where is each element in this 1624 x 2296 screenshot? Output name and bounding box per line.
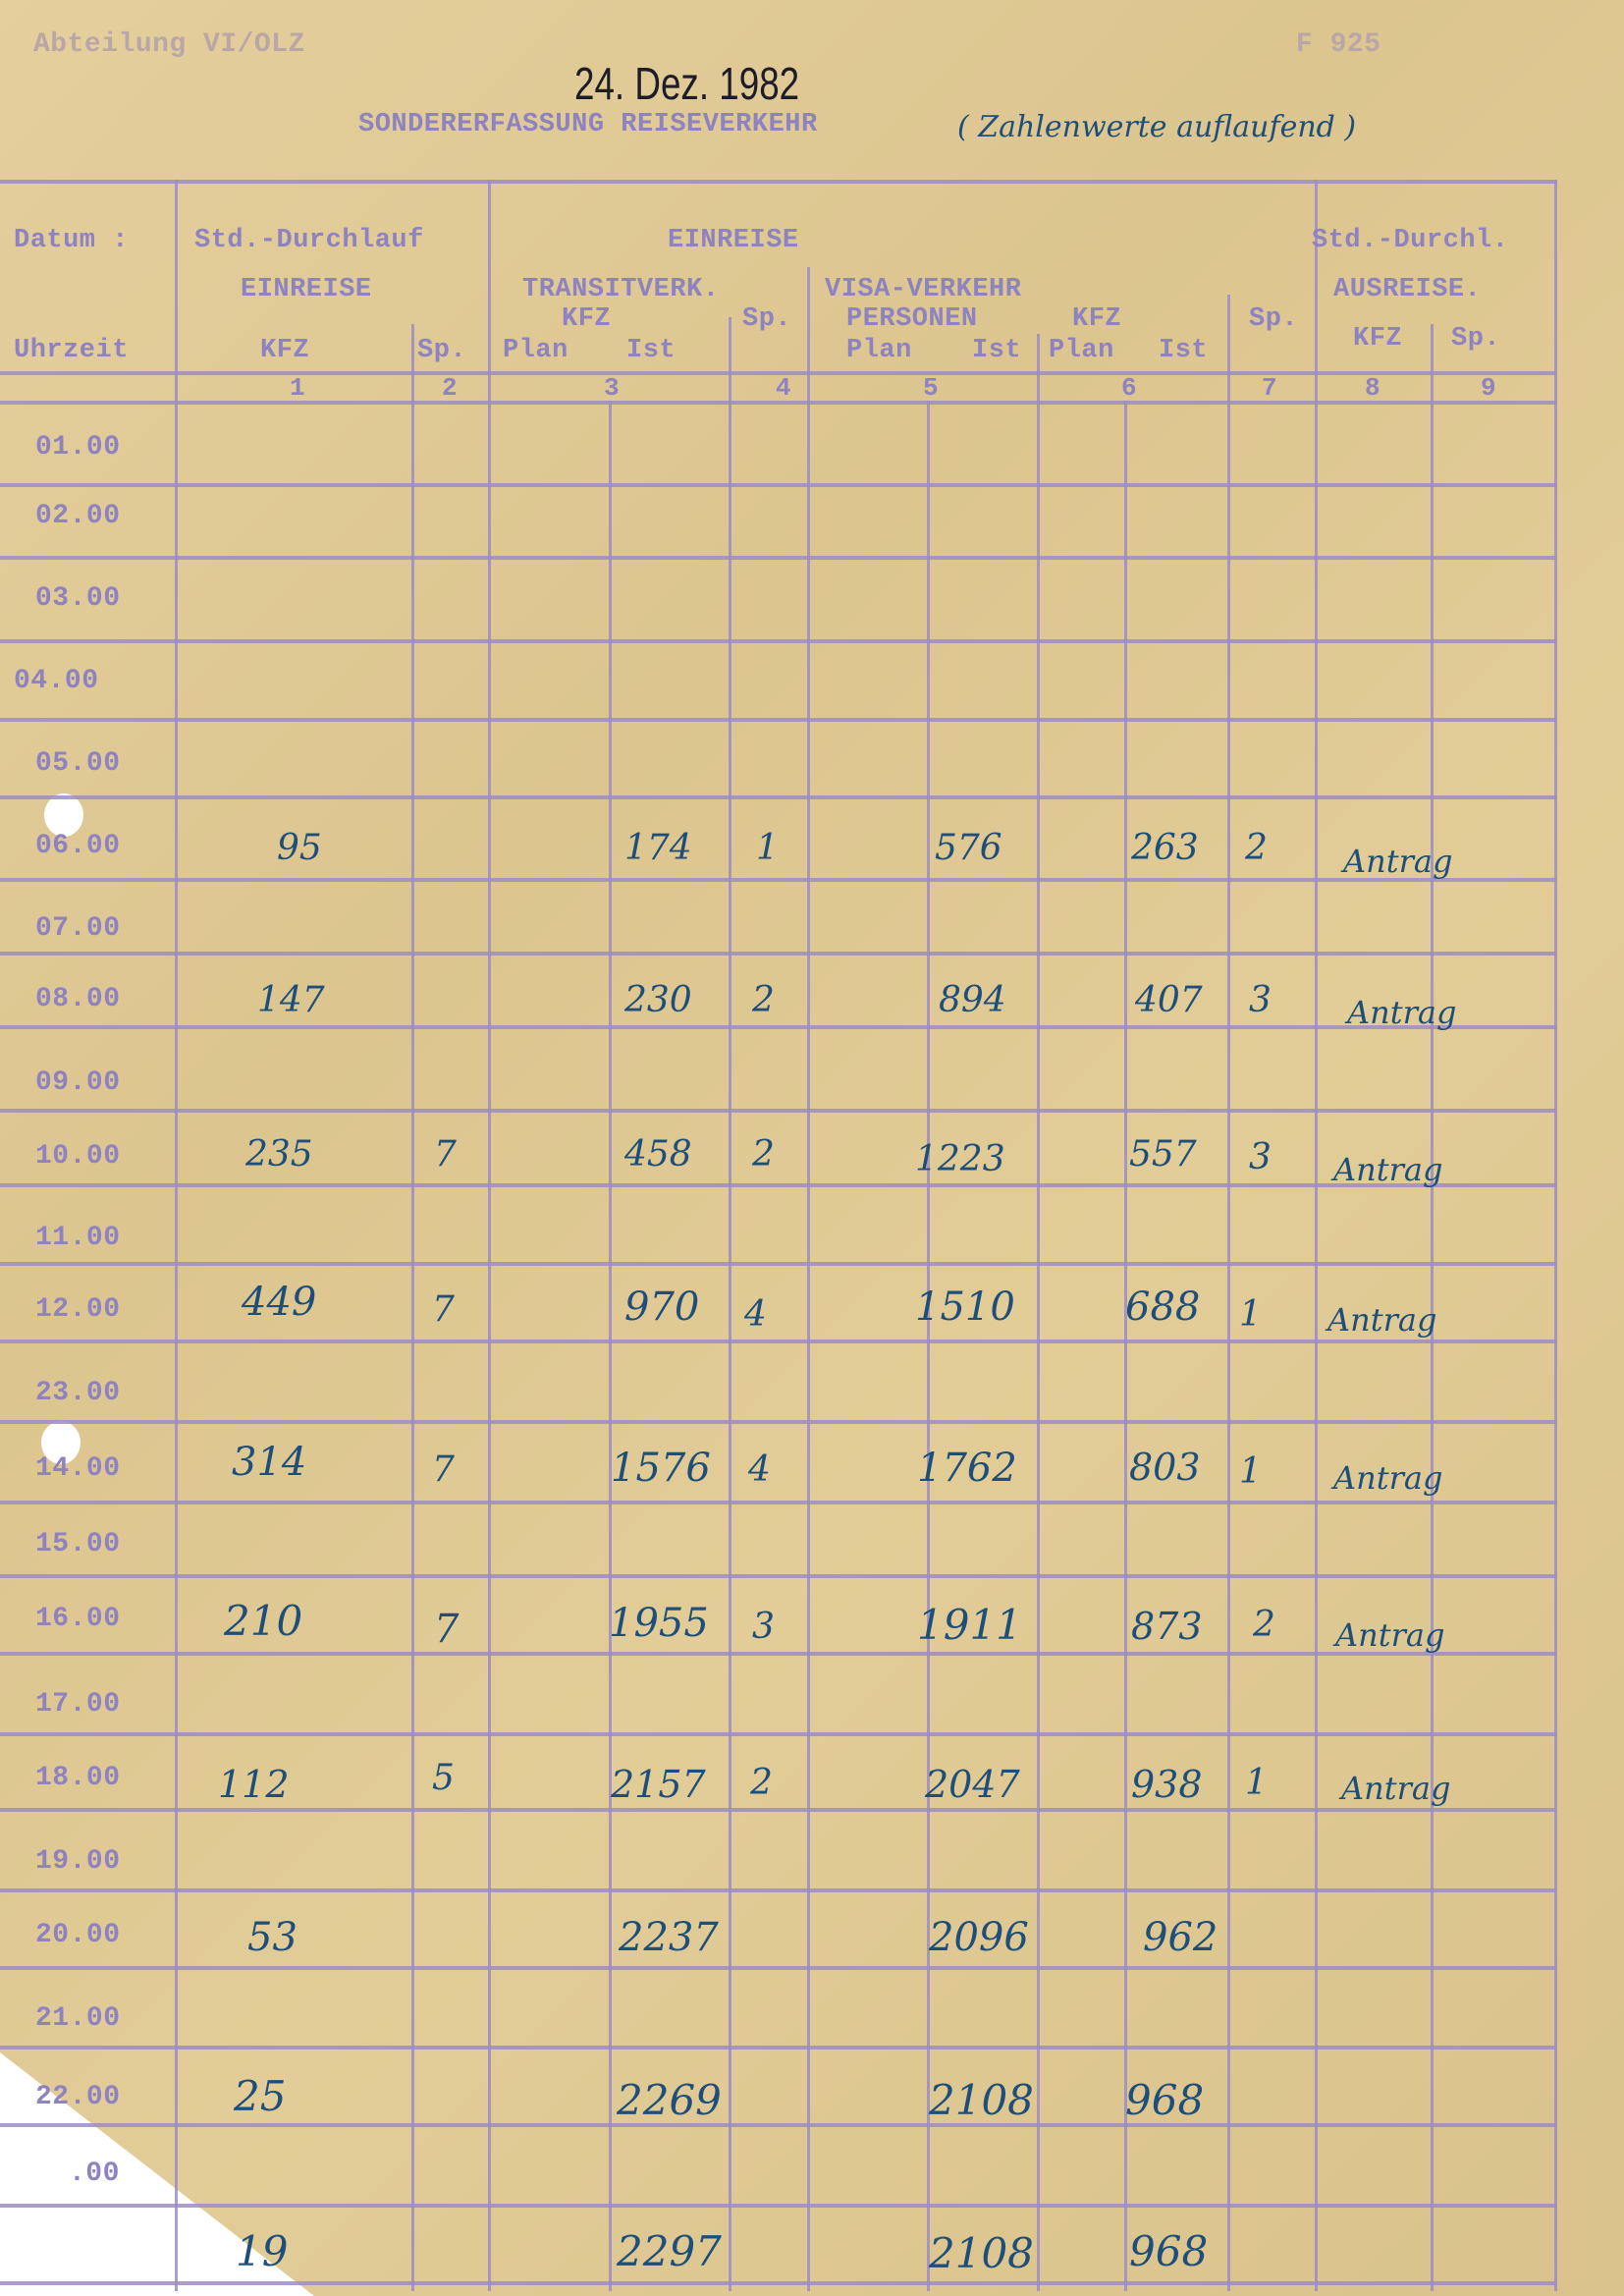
header-transitverk: TRANSITVERK. xyxy=(522,275,719,304)
cell-visa-personen-ist: 2108 xyxy=(929,2229,1034,2277)
cell-transit-sp: 4 xyxy=(748,1449,771,1490)
cell-ausreise-note: Antrag xyxy=(1335,1616,1444,1654)
cell-visa-kfz-ist: 263 xyxy=(1131,828,1199,868)
cell-einreise-sp: 5 xyxy=(432,1758,455,1798)
time-label: 21.00 xyxy=(35,2003,121,2034)
header-kfz-visa: KFZ xyxy=(1072,304,1121,334)
cell-visa-sp: 2 xyxy=(1253,1605,1275,1645)
cell-transit-ist: 1576 xyxy=(611,1446,711,1491)
cell-einreise-kfz: 53 xyxy=(247,1915,298,1960)
cell-einreise-kfz: 19 xyxy=(236,2227,288,2275)
time-label: 15.00 xyxy=(35,1529,121,1559)
cell-transit-ist: 2269 xyxy=(617,2076,722,2124)
col-number-6: 6 xyxy=(1121,373,1137,403)
header-uhrzeit: Uhrzeit xyxy=(14,336,129,365)
cell-transit-ist: 458 xyxy=(624,1134,692,1175)
cell-visa-kfz-ist: 938 xyxy=(1131,1763,1203,1806)
time-label: 22.00 xyxy=(35,2082,121,2112)
cell-transit-sp: 2 xyxy=(752,1134,775,1175)
cell-visa-personen-ist: 1762 xyxy=(917,1446,1017,1491)
cell-visa-kfz-ist: 968 xyxy=(1125,2076,1204,2124)
cell-transit-ist: 970 xyxy=(624,1285,699,1330)
cell-visa-sp: 1 xyxy=(1245,1763,1268,1803)
col-number-3: 3 xyxy=(604,373,620,403)
header-sp-col7: Sp. xyxy=(1249,304,1298,334)
cell-visa-sp: 1 xyxy=(1239,1451,1262,1492)
cell-visa-personen-ist: 1510 xyxy=(915,1285,1015,1330)
cell-transit-ist: 1955 xyxy=(609,1601,709,1646)
header-std-durchlauf: Std.-Durchlauf xyxy=(194,226,424,255)
header-personen: PERSONEN xyxy=(846,304,978,334)
header-std-durchl: Std.-Durchl. xyxy=(1312,226,1508,255)
cell-einreise-kfz: 235 xyxy=(245,1134,313,1175)
cell-visa-sp: 3 xyxy=(1249,980,1272,1020)
cell-transit-ist: 2237 xyxy=(619,1915,719,1960)
cell-transit-sp: 1 xyxy=(756,828,779,868)
cell-visa-personen-ist: 2047 xyxy=(925,1763,1020,1806)
header-visa-verkehr: VISA-VERKEHR xyxy=(825,275,1021,304)
time-label: 02.00 xyxy=(35,501,121,531)
time-label: 11.00 xyxy=(35,1223,121,1253)
time-label: 08.00 xyxy=(35,984,121,1014)
cell-visa-sp: 1 xyxy=(1239,1294,1262,1335)
cell-visa-kfz-ist: 407 xyxy=(1135,980,1203,1020)
cell-transit-sp: 4 xyxy=(744,1294,767,1335)
col-number-8: 8 xyxy=(1365,373,1380,403)
cell-visa-kfz-ist: 803 xyxy=(1129,1446,1201,1489)
date-stamp: 24. Dez. 1982 xyxy=(574,57,799,110)
document-title: SONDERERFASSUNG REISEVERKEHR xyxy=(358,110,818,139)
cell-ausreise-note: Antrag xyxy=(1343,843,1452,880)
cell-visa-personen-ist: 1911 xyxy=(917,1601,1022,1649)
time-label: 12.00 xyxy=(35,1294,121,1325)
cell-ausreise-note: Antrag xyxy=(1327,1301,1436,1339)
header-datum: Datum : xyxy=(14,226,129,255)
department-label: Abteilung VI/OLZ xyxy=(33,29,305,60)
time-label: 05.00 xyxy=(35,748,121,779)
time-label: 06.00 xyxy=(35,831,121,861)
header-ist-col3: Ist xyxy=(626,336,676,365)
col-number-1: 1 xyxy=(290,373,305,403)
col-number-5: 5 xyxy=(923,373,939,403)
cell-transit-ist: 230 xyxy=(624,980,692,1020)
cell-transit-ist: 2157 xyxy=(611,1763,706,1806)
cell-einreise-kfz: 449 xyxy=(242,1280,316,1325)
cell-visa-kfz-ist: 968 xyxy=(1129,2227,1208,2275)
cell-transit-sp: 2 xyxy=(750,1763,773,1803)
cell-visa-personen-ist: 2108 xyxy=(929,2076,1034,2124)
col-number-7: 7 xyxy=(1262,373,1277,403)
form-number: F 925 xyxy=(1296,29,1381,60)
time-label: 20.00 xyxy=(35,1920,121,1950)
cell-transit-sp: 2 xyxy=(752,980,775,1020)
header-kfz-col8: KFZ xyxy=(1353,324,1402,354)
cell-einreise-kfz: 25 xyxy=(234,2072,286,2120)
header-sp-col4: Sp. xyxy=(742,304,791,334)
cell-visa-kfz-ist: 688 xyxy=(1125,1285,1200,1330)
cell-visa-kfz-ist: 557 xyxy=(1129,1134,1197,1175)
header-kfz-transit: KFZ xyxy=(562,304,611,334)
time-label: 16.00 xyxy=(35,1604,121,1634)
time-label: .00 xyxy=(69,2159,120,2189)
cell-einreise-kfz: 147 xyxy=(257,980,325,1020)
cell-visa-kfz-ist: 962 xyxy=(1143,1915,1218,1960)
time-label: 10.00 xyxy=(35,1141,121,1172)
cell-visa-kfz-ist: 873 xyxy=(1131,1605,1203,1648)
header-einreise-main: EINREISE xyxy=(668,226,799,255)
cell-transit-sp: 3 xyxy=(752,1607,775,1647)
cell-transit-ist: 2297 xyxy=(617,2227,722,2275)
cell-einreise-sp: 7 xyxy=(434,1134,457,1175)
time-label: 07.00 xyxy=(35,913,121,944)
header-kfz-col1: KFZ xyxy=(260,336,309,365)
cell-einreise-kfz: 314 xyxy=(232,1440,306,1485)
time-label: 18.00 xyxy=(35,1763,121,1793)
cell-einreise-sp: 7 xyxy=(434,1607,459,1652)
cell-visa-personen-ist: 2096 xyxy=(929,1915,1029,1960)
cell-visa-personen-ist: 894 xyxy=(939,980,1006,1020)
header-einreise-sub: EINREISE xyxy=(241,275,372,304)
time-label: 03.00 xyxy=(35,583,121,614)
time-label: 19.00 xyxy=(35,1846,121,1877)
cell-einreise-sp: 7 xyxy=(432,1449,455,1490)
cell-visa-sp: 3 xyxy=(1249,1137,1272,1177)
time-label: 04.00 xyxy=(14,666,99,696)
header-plan-col5: Plan xyxy=(846,336,912,365)
header-sp-col9: Sp. xyxy=(1451,324,1500,354)
header-sp-col2: Sp. xyxy=(417,336,466,365)
col-number-9: 9 xyxy=(1481,373,1496,403)
time-label: 01.00 xyxy=(35,432,121,463)
cell-visa-sp: 2 xyxy=(1245,828,1268,868)
header-ist-col6: Ist xyxy=(1159,336,1208,365)
col-number-2: 2 xyxy=(442,373,458,403)
document-title-note: ( Zahlenwerte auflaufend ) xyxy=(957,110,1356,144)
cell-ausreise-note: Antrag xyxy=(1347,994,1456,1031)
time-label: 14.00 xyxy=(35,1453,121,1484)
cell-ausreise-note: Antrag xyxy=(1333,1151,1442,1188)
header-ist-col5: Ist xyxy=(972,336,1021,365)
time-label: 17.00 xyxy=(35,1689,121,1720)
header-plan-col6: Plan xyxy=(1049,336,1114,365)
cell-visa-personen-ist: 576 xyxy=(935,828,1002,868)
time-label: 23.00 xyxy=(35,1378,121,1408)
cell-ausreise-note: Antrag xyxy=(1333,1459,1442,1497)
cell-transit-ist: 174 xyxy=(624,828,692,868)
cell-ausreise-note: Antrag xyxy=(1341,1770,1450,1807)
cell-einreise-kfz: 210 xyxy=(224,1597,302,1645)
cell-visa-personen-ist: 1223 xyxy=(915,1139,1005,1179)
cell-einreise-kfz: 95 xyxy=(277,828,322,868)
time-label: 09.00 xyxy=(35,1067,121,1098)
header-ausreise: AUSREISE. xyxy=(1333,275,1481,304)
col-number-4: 4 xyxy=(776,373,791,403)
cell-einreise-kfz: 112 xyxy=(218,1763,290,1806)
header-plan-col3: Plan xyxy=(503,336,568,365)
cell-einreise-sp: 7 xyxy=(432,1289,455,1330)
